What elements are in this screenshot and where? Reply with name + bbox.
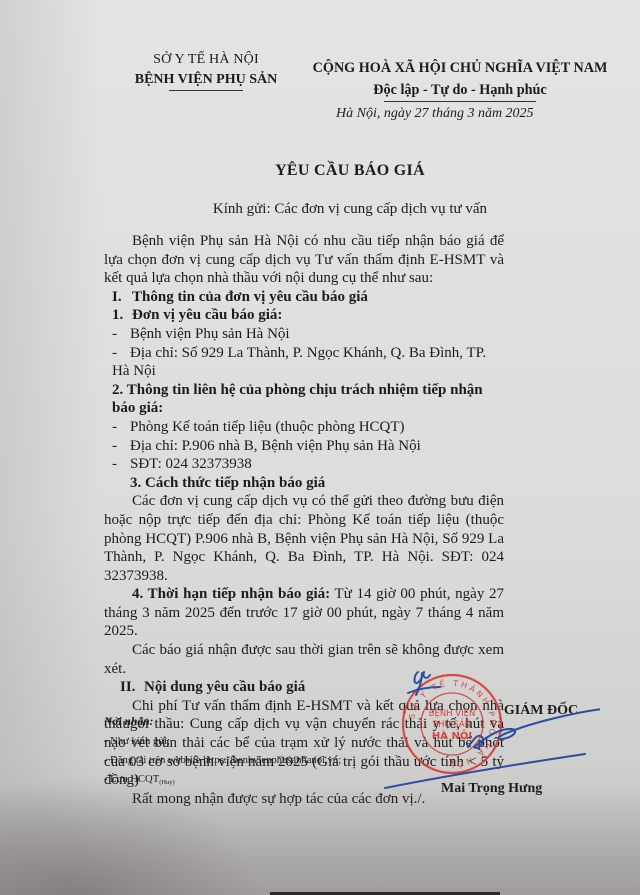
document-page: SỞ Y TẾ HÀ NỘI BỆNH VIỆN PHỤ SẢN CỘNG HO… [0, 0, 640, 895]
national-header: CỘNG HOÀ XÃ HỘI CHỦ NGHĨA VIỆT NAM Độc l… [300, 60, 620, 102]
subsection-3-text: Các đơn vị cung cấp dịch vụ có thể gửi t… [104, 492, 504, 585]
subsection-3-heading: 3. Cách thức tiếp nhận báo giá [104, 474, 504, 493]
list-item: -Phòng Kế toán tiếp liệu (thuộc phòng HC… [104, 418, 504, 437]
document-title: YÊU CẦU BÁO GIÁ [100, 162, 600, 180]
subsection-1-heading: 1.Đơn vị yêu cầu báo giá: [104, 306, 504, 325]
national-motto: Độc lập - Tự do - Hạnh phúc [300, 82, 620, 99]
issuer-name: BỆNH VIỆN PHỤ SẢN [126, 72, 286, 88]
distribution-label: Nơi nhận: [104, 713, 341, 732]
list-item: -Địa chỉ: Số 929 La Thành, P. Ngọc Khánh… [104, 344, 504, 381]
paper-shadow-corner [0, 775, 260, 895]
list-item: -Địa chỉ: P.906 nhà B, Bệnh viện Phụ sản… [104, 437, 504, 456]
nation-name: CỘNG HOÀ XÃ HỘI CHỦ NGHĨA VIỆT NAM [300, 60, 620, 77]
handwritten-signature-icon [380, 660, 600, 790]
issuer-header: SỞ Y TẾ HÀ NỘI BỆNH VIỆN PHỤ SẢN [126, 52, 286, 91]
list-item: -Bệnh viện Phụ sản Hà Nội [104, 325, 504, 344]
addressee-line: Kính gửi: Các đơn vị cung cấp dịch vụ tư… [100, 201, 600, 218]
issuer-parent: SỞ Y TẾ HÀ NỘI [126, 52, 286, 68]
motto-underline [384, 101, 536, 102]
document-date: Hà Nội, ngày 27 tháng 3 năm 2025 [336, 106, 534, 122]
subsection-2-heading: 2. Thông tin liên hệ của phòng chịu trác… [104, 381, 504, 418]
issuer-underline [169, 90, 243, 91]
distribution-item: - Như kính gửi; [104, 732, 341, 751]
subsection-4-paragraph: 4. Thời hạn tiếp nhận báo giá: Từ 14 giờ… [104, 585, 504, 641]
distribution-item: - Đăng tải trên website https://benhvien… [104, 751, 341, 770]
intro-paragraph: Bệnh viện Phụ sản Hà Nội có nhu cầu tiếp… [104, 232, 504, 288]
list-item: -SĐT: 024 32373938 [104, 455, 504, 474]
section-1-heading: I.Thông tin của đơn vị yêu cầu báo giá [104, 288, 504, 307]
